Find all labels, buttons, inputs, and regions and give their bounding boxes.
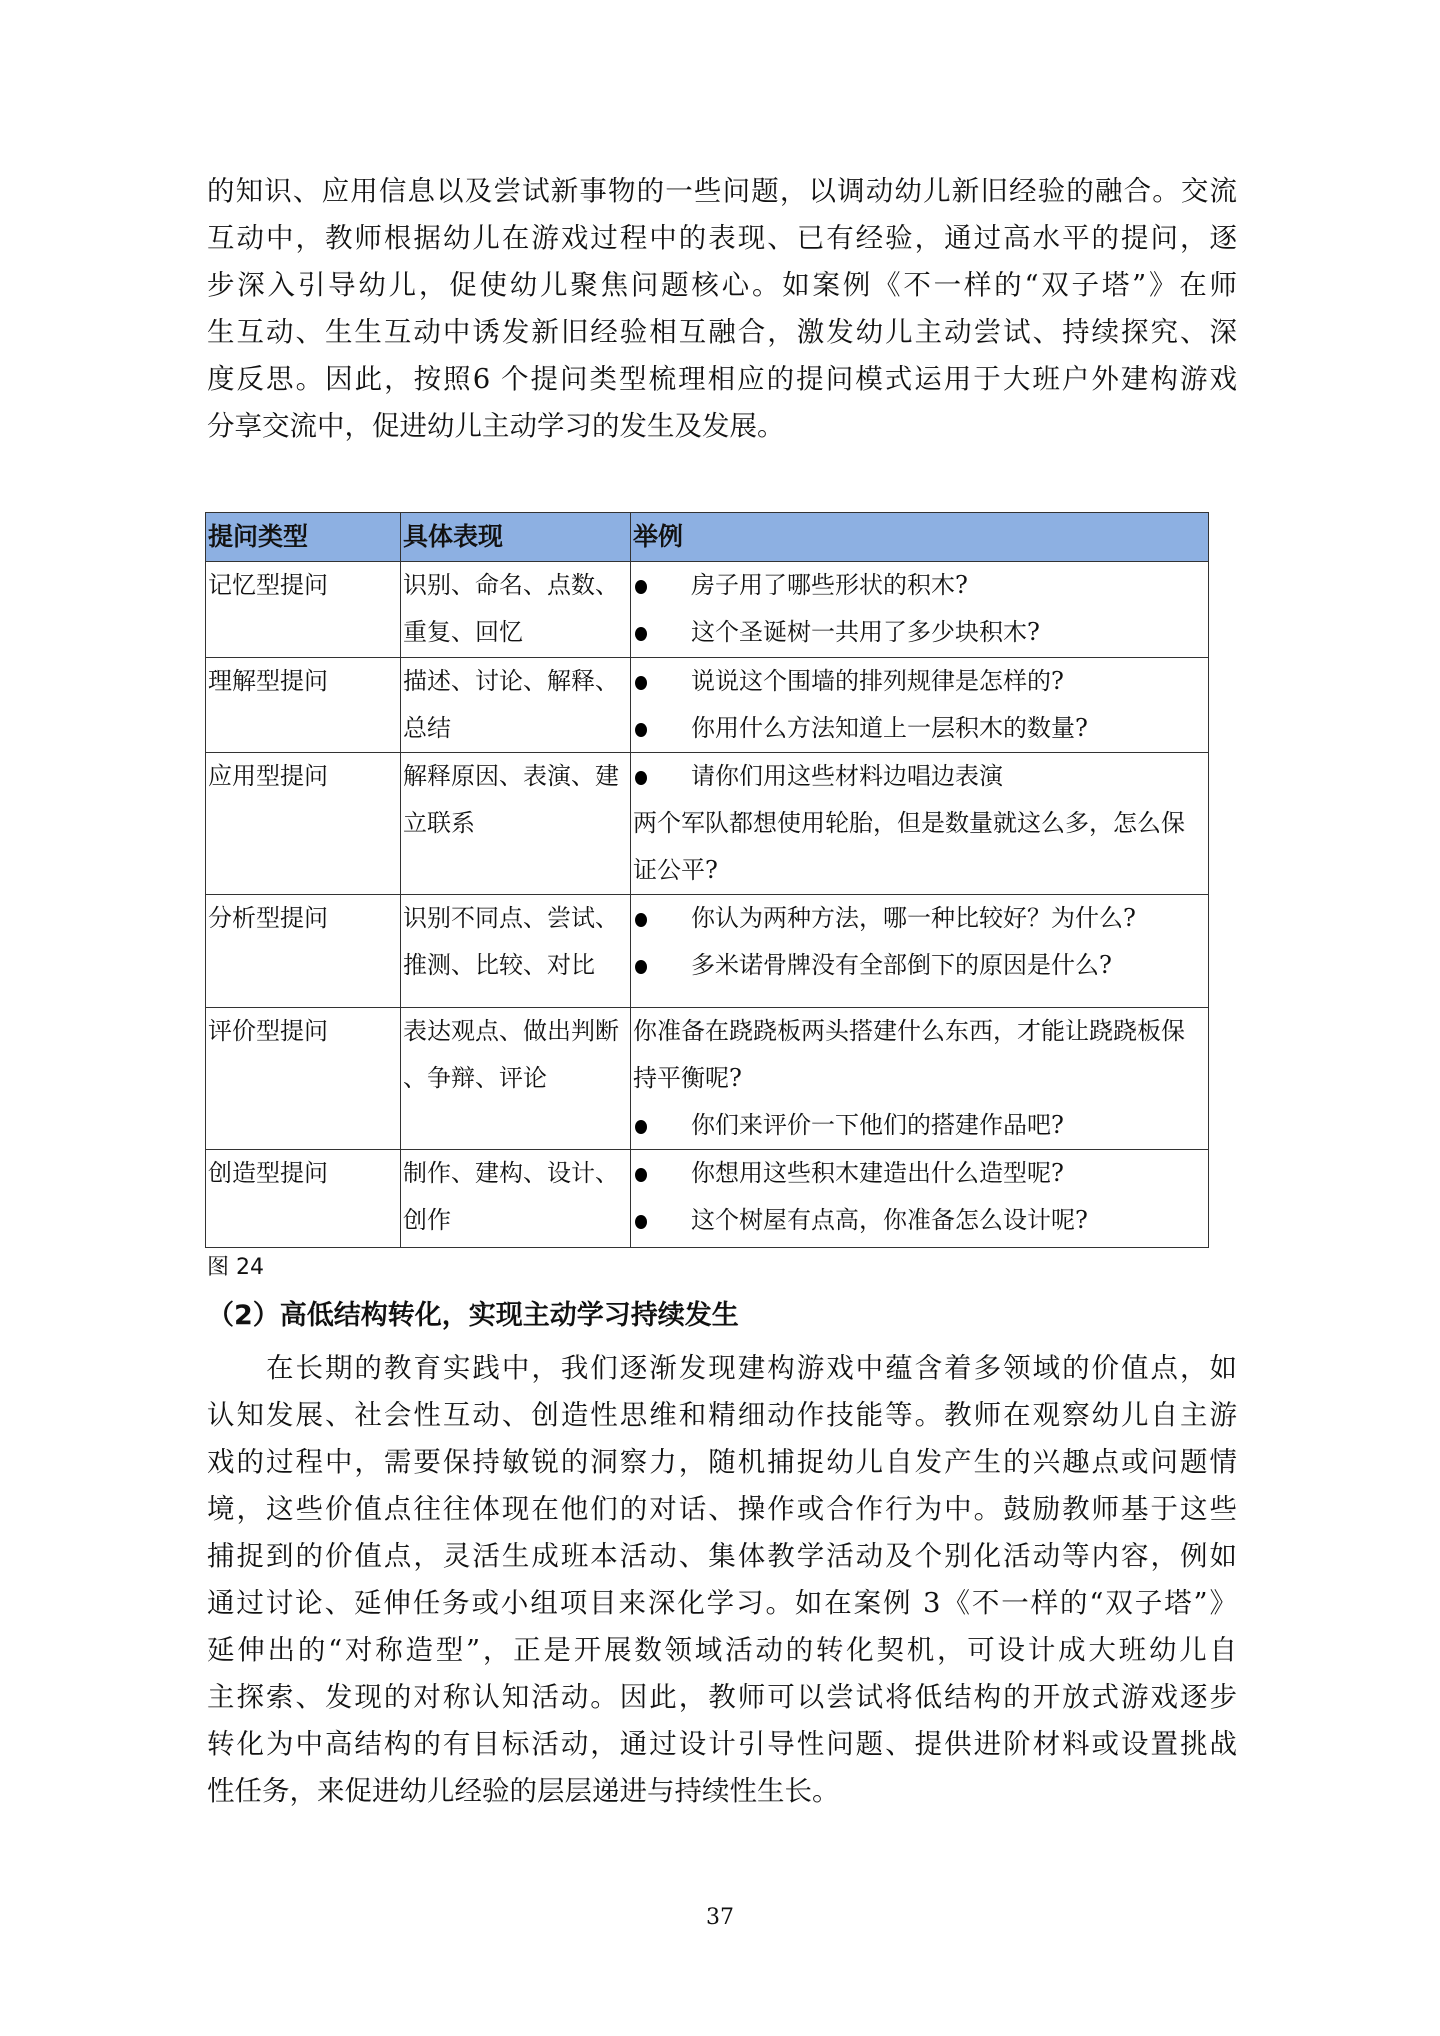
performance-line: 解释原因、表演、建	[403, 753, 630, 800]
text-line: 度反思。因此，按照6 个提问类型梳理相应的提问模式运用于大班户外建构游戏	[207, 356, 1237, 403]
performance-line: 识别、命名、点数、	[403, 562, 630, 609]
bullet-icon	[635, 723, 647, 737]
text-line: 戏的过程中，需要保持敏锐的洞察力，随机捕捉幼儿自发产生的兴趣点或问题情	[207, 1439, 1237, 1486]
example-item: 多米诺骨牌没有全部倒下的原因是什么?	[633, 942, 1208, 989]
example-item: 这个树屋有点高，你准备怎么设计呢?	[633, 1197, 1208, 1244]
bullet-icon	[635, 913, 647, 927]
example-text: 你用什么方法知道上一层积木的数量?	[691, 714, 1088, 742]
text-line: 认知发展、社会性互动、创造性思维和精细动作技能等。教师在观察幼儿自主游	[207, 1392, 1237, 1439]
cell-type: 记忆型提问	[206, 562, 401, 658]
intro-paragraph: 的知识、应用信息以及尝试新事物的一些问题，以调动幼儿新旧经验的融合。交流 互动中…	[207, 168, 1237, 450]
example-item: 你认为两种方法，哪一种比较好？为什么?	[633, 895, 1208, 942]
header-performance: 具体表现	[401, 513, 631, 562]
text-line: 步深入引导幼儿，促使幼儿聚焦问题核心。如案例《不一样的“双子塔”》在师	[207, 262, 1237, 309]
cell-performance: 表达观点、做出判断 、争辩、评论	[401, 1008, 631, 1150]
table-row: 创造型提问 制作、建构、设计、 创作 你想用这些积木建造出什么造型呢? 这个树屋…	[206, 1150, 1209, 1248]
text-line: 在长期的教育实践中，我们逐渐发现建构游戏中蕴含着多领域的价值点，如	[207, 1345, 1237, 1392]
body-paragraph: 在长期的教育实践中，我们逐渐发现建构游戏中蕴含着多领域的价值点，如 认知发展、社…	[207, 1345, 1237, 1815]
performance-line: 总结	[403, 705, 630, 752]
text-line: 生互动、生生互动中诱发新旧经验相互融合，激发幼儿主动尝试、持续探究、深	[207, 309, 1237, 356]
header-question-type: 提问类型	[206, 513, 401, 562]
example-item: 这个圣诞树一共用了多少块积木?	[633, 609, 1208, 656]
cell-examples: 你想用这些积木建造出什么造型呢? 这个树屋有点高，你准备怎么设计呢?	[631, 1150, 1209, 1248]
cell-examples: 房子用了哪些形状的积木? 这个圣诞树一共用了多少块积木?	[631, 562, 1209, 658]
example-text: 这个树屋有点高，你准备怎么设计呢?	[691, 1206, 1088, 1234]
cell-examples: 说说这个围墙的排列规律是怎样的? 你用什么方法知道上一层积木的数量?	[631, 658, 1209, 753]
example-text: 说说这个围墙的排列规律是怎样的?	[691, 667, 1064, 695]
bullet-icon	[635, 580, 647, 594]
example-item: 你想用这些积木建造出什么造型呢?	[633, 1150, 1208, 1197]
text-line: 主探索、发现的对称认知活动。因此，教师可以尝试将低结构的开放式游戏逐步	[207, 1674, 1237, 1721]
section-heading: （2）高低结构转化，实现主动学习持续发生	[207, 1293, 739, 1332]
example-text: 你准备在跷跷板两头搭建什么东西，才能让跷跷板保	[633, 1008, 1208, 1055]
example-text: 多米诺骨牌没有全部倒下的原因是什么?	[691, 951, 1112, 979]
text-line: 互动中，教师根据幼儿在游戏过程中的表现、已有经验，通过高水平的提问，逐	[207, 215, 1237, 262]
table-row: 评价型提问 表达观点、做出判断 、争辩、评论 你准备在跷跷板两头搭建什么东西，才…	[206, 1008, 1209, 1150]
performance-line: 制作、建构、设计、	[403, 1150, 630, 1197]
text-line: 境，这些价值点往往体现在他们的对话、操作或合作行为中。鼓励教师基于这些	[207, 1486, 1237, 1533]
example-text: 你想用这些积木建造出什么造型呢?	[691, 1159, 1064, 1187]
bullet-icon	[635, 627, 647, 641]
performance-line: 表达观点、做出判断	[403, 1008, 630, 1055]
cell-type: 分析型提问	[206, 895, 401, 1008]
example-text: 这个圣诞树一共用了多少块积木?	[691, 618, 1040, 646]
text-line: 分享交流中，促进幼儿主动学习的发生及发展。	[207, 403, 1237, 450]
page-number: 37	[0, 1905, 1440, 1930]
cell-type: 创造型提问	[206, 1150, 401, 1248]
performance-line: 推测、比较、对比	[403, 942, 630, 989]
table-row: 应用型提问 解释原因、表演、建 立联系 请你们用这些材料边唱边表演 两个军队都想…	[206, 753, 1209, 895]
cell-type: 理解型提问	[206, 658, 401, 753]
example-text: 持平衡呢?	[633, 1055, 1208, 1102]
header-examples: 举例	[631, 513, 1209, 562]
example-item: 说说这个围墙的排列规律是怎样的?	[633, 658, 1208, 705]
table-row: 记忆型提问 识别、命名、点数、 重复、回忆 房子用了哪些形状的积木? 这个圣诞树…	[206, 562, 1209, 658]
text-line: 转化为中高结构的有目标活动，通过设计引导性问题、提供进阶材料或设置挑战	[207, 1721, 1237, 1768]
text-line: 通过讨论、延伸任务或小组项目来深化学习。如在案例 3《不一样的“双子塔”》	[207, 1580, 1237, 1627]
cell-performance: 制作、建构、设计、 创作	[401, 1150, 631, 1248]
cell-examples: 你认为两种方法，哪一种比较好？为什么? 多米诺骨牌没有全部倒下的原因是什么?	[631, 895, 1209, 1008]
text-line: 捕捉到的价值点，灵活生成班本活动、集体教学活动及个别化活动等内容，例如	[207, 1533, 1237, 1580]
cell-performance: 描述、讨论、解释、 总结	[401, 658, 631, 753]
cell-performance: 识别、命名、点数、 重复、回忆	[401, 562, 631, 658]
example-text: 两个军队都想使用轮胎，但是数量就这么多，怎么保	[633, 800, 1208, 847]
performance-line: 重复、回忆	[403, 609, 630, 656]
cell-examples: 请你们用这些材料边唱边表演 两个军队都想使用轮胎，但是数量就这么多，怎么保 证公…	[631, 753, 1209, 895]
figure-caption: 图 24	[207, 1250, 264, 1281]
bullet-icon	[635, 1168, 647, 1182]
table-row: 分析型提问 识别不同点、尝试、 推测、比较、对比 你认为两种方法，哪一种比较好？…	[206, 895, 1209, 1008]
bullet-icon	[635, 771, 647, 785]
bullet-icon	[635, 960, 647, 974]
table-header-row: 提问类型 具体表现 举例	[206, 513, 1209, 562]
question-types-table: 提问类型 具体表现 举例 记忆型提问 识别、命名、点数、 重复、回忆 房子用了哪…	[205, 512, 1209, 1248]
cell-type: 评价型提问	[206, 1008, 401, 1150]
bullet-icon	[635, 1120, 647, 1134]
performance-line: 创作	[403, 1197, 630, 1244]
example-item: 你用什么方法知道上一层积木的数量?	[633, 705, 1208, 752]
text-line: 的知识、应用信息以及尝试新事物的一些问题，以调动幼儿新旧经验的融合。交流	[207, 168, 1237, 215]
bullet-icon	[635, 1215, 647, 1229]
cell-performance: 识别不同点、尝试、 推测、比较、对比	[401, 895, 631, 1008]
text-line: 性任务，来促进幼儿经验的层层递进与持续性生长。	[207, 1768, 1237, 1815]
performance-line: 识别不同点、尝试、	[403, 895, 630, 942]
document-page: 的知识、应用信息以及尝试新事物的一些问题，以调动幼儿新旧经验的融合。交流 互动中…	[0, 0, 1440, 2036]
example-item: 请你们用这些材料边唱边表演	[633, 753, 1208, 800]
bullet-icon	[635, 676, 647, 690]
cell-performance: 解释原因、表演、建 立联系	[401, 753, 631, 895]
example-text: 你认为两种方法，哪一种比较好？为什么?	[691, 904, 1136, 932]
cell-examples: 你准备在跷跷板两头搭建什么东西，才能让跷跷板保 持平衡呢? 你们来评价一下他们的…	[631, 1008, 1209, 1150]
example-text: 房子用了哪些形状的积木?	[691, 571, 968, 599]
cell-type: 应用型提问	[206, 753, 401, 895]
performance-line: 立联系	[403, 800, 630, 847]
table-row: 理解型提问 描述、讨论、解释、 总结 说说这个围墙的排列规律是怎样的? 你用什么…	[206, 658, 1209, 753]
performance-line: 、争辩、评论	[403, 1055, 630, 1102]
example-text: 你们来评价一下他们的搭建作品吧?	[691, 1111, 1064, 1139]
example-item: 房子用了哪些形状的积木?	[633, 562, 1208, 609]
example-item: 你们来评价一下他们的搭建作品吧?	[633, 1102, 1208, 1149]
example-text: 请你们用这些材料边唱边表演	[691, 762, 1003, 790]
example-text: 证公平?	[633, 847, 1208, 894]
text-line: 延伸出的“对称造型”，正是开展数领域活动的转化契机，可设计成大班幼儿自	[207, 1627, 1237, 1674]
performance-line: 描述、讨论、解释、	[403, 658, 630, 705]
